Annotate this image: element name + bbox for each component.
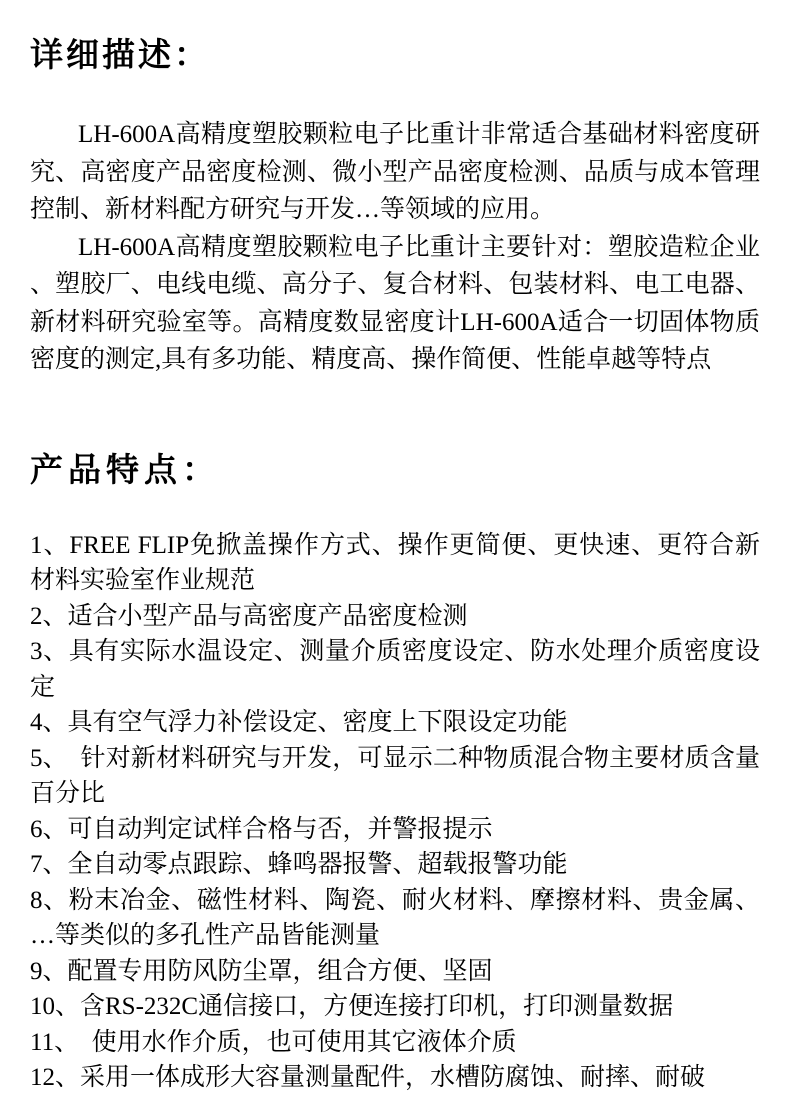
product-features-heading: 产品特点： bbox=[30, 449, 760, 493]
feature-item-10: 10、含RS-232C通信接口，方便连接打印机，打印测量数据 bbox=[30, 989, 760, 1025]
feature-item-4: 4、具有空气浮力补偿设定、密度上下限设定功能 bbox=[30, 705, 760, 741]
feature-item-6: 6、可自动判定试样合格与否，并警报提示 bbox=[30, 812, 760, 848]
detail-description-heading: 详细描述： bbox=[30, 34, 760, 78]
features-list: 1、FREE FLIP免掀盖操作方式、操作更简便、更快速、更符合新材料实验室作业… bbox=[30, 528, 760, 1096]
feature-item-11: 11、 使用水作介质，也可使用其它液体介质 bbox=[30, 1025, 760, 1061]
detail-paragraph-2: LH-600A高精度塑胶颗粒电子比重计主要针对：塑胶造粒企业、塑胶厂、电线电缆、… bbox=[30, 229, 760, 379]
feature-item-2: 2、适合小型产品与高密度产品密度检测 bbox=[30, 599, 760, 635]
feature-item-12: 12、采用一体成形大容量测量配件，水槽防腐蚀、耐摔、耐破 bbox=[30, 1060, 760, 1096]
feature-item-1: 1、FREE FLIP免掀盖操作方式、操作更简便、更快速、更符合新材料实验室作业… bbox=[30, 528, 760, 599]
detail-paragraph-1: LH-600A高精度塑胶颗粒电子比重计非常适合基础材料密度研究、高密度产品密度检… bbox=[30, 116, 760, 229]
feature-item-3: 3、具有实际水温设定、测量介质密度设定、防水处理介质密度设定 bbox=[30, 634, 760, 705]
product-detail-page: 详细描述： LH-600A高精度塑胶颗粒电子比重计非常适合基础材料密度研究、高密… bbox=[0, 0, 790, 1118]
feature-item-9: 9、配置专用防风防尘罩，组合方便、坚固 bbox=[30, 954, 760, 990]
feature-item-8: 8、粉末冶金、磁性材料、陶瓷、耐火材料、摩擦材料、贵金属、…等类似的多孔性产品皆… bbox=[30, 883, 760, 954]
feature-item-7: 7、全自动零点跟踪、蜂鸣器报警、超载报警功能 bbox=[30, 847, 760, 883]
feature-item-5: 5、 针对新材料研究与开发，可显示二种物质混合物主要材质含量百分比 bbox=[30, 741, 760, 812]
